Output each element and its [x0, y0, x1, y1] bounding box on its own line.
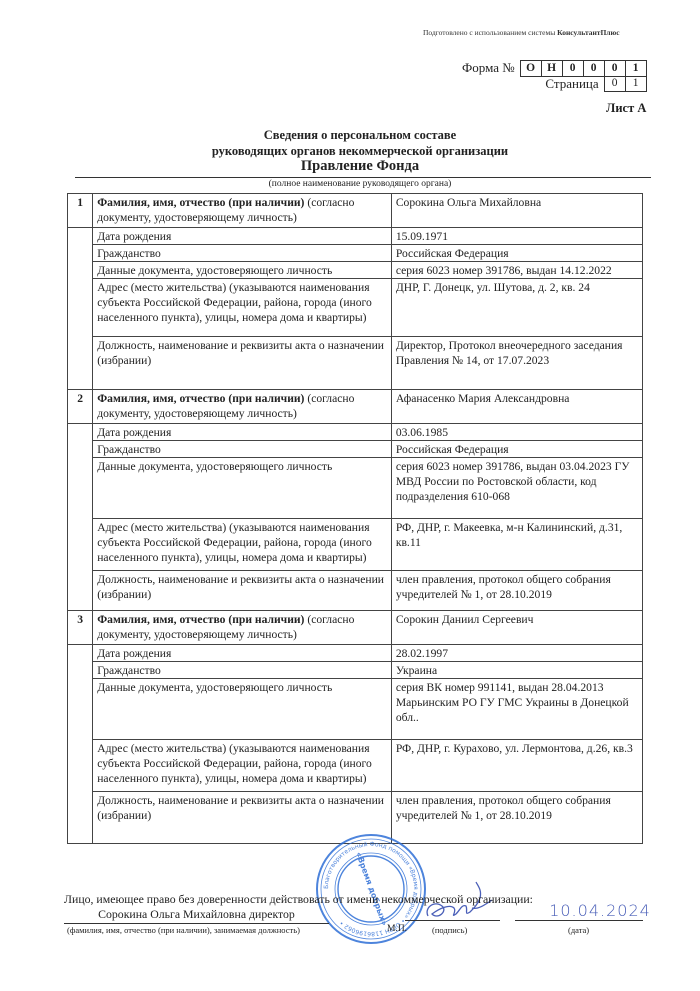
field-label-birth: Дата рождения	[93, 424, 392, 441]
person-number: 3	[68, 611, 93, 645]
page-label: Страница	[545, 76, 598, 92]
field-label-citizenship: Гражданство	[93, 441, 392, 458]
sheet-label: Лист А	[606, 101, 646, 116]
signatory-caption: (фамилия, имя, отчество (при наличии), з…	[67, 925, 300, 935]
form-number-box: Форма № О Н 0 0 0 1 Страница 0 1	[462, 60, 647, 92]
person-number-cell	[68, 458, 93, 519]
title-line-2: руководящих органов некоммерческой орган…	[0, 143, 700, 159]
person-3-row-birth: Дата рождения28.02.1997	[68, 645, 643, 662]
field-label-birth: Дата рождения	[93, 228, 392, 245]
page-digit-cell: 0	[604, 76, 626, 92]
field-label-birth: Дата рождения	[93, 645, 392, 662]
person-1-row-citizenship: ГражданствоРоссийская Федерация	[68, 245, 643, 262]
form-code-cell: 0	[604, 60, 626, 77]
governing-body-underline	[75, 177, 651, 178]
person-fio-value: Сорокина Ольга Михайловна	[391, 194, 642, 228]
field-label-position: Должность, наименование и реквизиты акта…	[93, 337, 392, 390]
person-document-value: серия 6023 номер 391786, выдан 03.04.202…	[391, 458, 642, 519]
person-fio-value: Сорокин Даниил Сергеевич	[391, 611, 642, 645]
person-citizenship-value: Российская Федерация	[391, 441, 642, 458]
person-2-row-fio: 2Фамилия, имя, отчество (при наличии) (с…	[68, 390, 643, 424]
person-3-row-fio: 3Фамилия, имя, отчество (при наличии) (с…	[68, 611, 643, 645]
person-position-value: член правления, протокол общего собрания…	[391, 792, 642, 844]
persons-table: 1Фамилия, имя, отчество (при наличии) (с…	[67, 193, 643, 844]
person-2-row-citizenship: ГражданствоРоссийская Федерация	[68, 441, 643, 458]
prepared-with-note: Подготовлено с использованием системы Ко…	[423, 28, 620, 37]
field-label-document: Данные документа, удостоверяющего личнос…	[93, 262, 392, 279]
person-number-cell	[68, 279, 93, 337]
form-code-cell: Н	[541, 60, 563, 77]
field-label-fio: Фамилия, имя, отчество (при наличии) (со…	[93, 194, 392, 228]
field-label-document: Данные документа, удостоверяющего личнос…	[93, 679, 392, 740]
organization-stamp-icon: Благотворительный Фонд помощи «Время доб…	[315, 833, 427, 945]
field-label-address: Адрес (место жительства) (указываются на…	[93, 279, 392, 337]
seal-place-label: М.П.	[387, 924, 407, 934]
person-3-row-citizenship: ГражданствоУкраина	[68, 662, 643, 679]
person-2-row-address: Адрес (место жительства) (указываются на…	[68, 519, 643, 571]
person-number-cell	[68, 662, 93, 679]
person-address-value: ДНР, Г. Донецк, ул. Шутова, д. 2, кв. 24	[391, 279, 642, 337]
svg-text:«Время добрых»: «Время добрых»	[354, 850, 390, 926]
person-1-row-fio: 1Фамилия, имя, отчество (при наличии) (с…	[68, 194, 643, 228]
person-number-cell	[68, 571, 93, 611]
prepared-system: КонсультантПлюс	[557, 28, 619, 37]
person-number-cell	[68, 424, 93, 441]
person-3-row-address: Адрес (место жительства) (указываются на…	[68, 740, 643, 792]
field-label-fio: Фамилия, имя, отчество (при наличии) (со…	[93, 611, 392, 645]
person-fio-value: Афанасенко Мария Александровна	[391, 390, 642, 424]
form-number-row: Форма № О Н 0 0 0 1	[462, 60, 647, 76]
person-1-row-birth: Дата рождения15.09.1971	[68, 228, 643, 245]
field-label-position: Должность, наименование и реквизиты акта…	[93, 571, 392, 611]
person-birth-value: 03.06.1985	[391, 424, 642, 441]
document-title: Сведения о персональном составе руководя…	[0, 127, 700, 159]
person-2-row-document: Данные документа, удостоверяющего личнос…	[68, 458, 643, 519]
person-number-cell	[68, 245, 93, 262]
person-birth-value: 28.02.1997	[391, 645, 642, 662]
date-caption: (дата)	[568, 925, 589, 935]
person-number-cell	[68, 792, 93, 844]
date-line	[515, 920, 643, 921]
person-1-row-address: Адрес (место жительства) (указываются на…	[68, 279, 643, 337]
person-number-cell	[68, 740, 93, 792]
person-number: 1	[68, 194, 93, 228]
field-label-address: Адрес (место жительства) (указываются на…	[93, 519, 392, 571]
person-citizenship-value: Украина	[391, 662, 642, 679]
field-label-citizenship: Гражданство	[93, 245, 392, 262]
person-address-value: РФ, ДНР, г. Курахово, ул. Лермонтова, д.…	[391, 740, 642, 792]
page-number-row: Страница 0 1	[462, 76, 647, 92]
person-3-row-document: Данные документа, удостоверяющего личнос…	[68, 679, 643, 740]
form-label: Форма №	[462, 60, 515, 76]
person-number-cell	[68, 262, 93, 279]
form-code-cell: 0	[583, 60, 605, 77]
person-document-value: серия 6023 номер 391786, выдан 14.12.202…	[391, 262, 642, 279]
governing-body-caption: (полное наименование руководящего органа…	[0, 179, 700, 189]
person-number-cell	[68, 337, 93, 390]
fio-label-bold: Фамилия, имя, отчество (при наличии)	[97, 196, 304, 209]
person-1-row-position: Должность, наименование и реквизиты акта…	[68, 337, 643, 390]
person-number-cell	[68, 441, 93, 458]
person-number: 2	[68, 390, 93, 424]
form-code-cell: О	[520, 60, 542, 77]
form-code-cell: 0	[562, 60, 584, 77]
field-label-address: Адрес (место жительства) (указываются на…	[93, 740, 392, 792]
person-1-row-document: Данные документа, удостоверяющего личнос…	[68, 262, 643, 279]
form-code-cell: 1	[625, 60, 647, 77]
page-digit-cell: 1	[625, 76, 647, 92]
signatory-name: Сорокина Ольга Михайловна директор	[64, 907, 329, 924]
person-number-cell	[68, 679, 93, 740]
person-citizenship-value: Российская Федерация	[391, 245, 642, 262]
person-2-row-birth: Дата рождения03.06.1985	[68, 424, 643, 441]
field-label-document: Данные документа, удостоверяющего личнос…	[93, 458, 392, 519]
title-line-1: Сведения о персональном составе	[0, 127, 700, 143]
prepared-prefix: Подготовлено с использованием системы	[423, 28, 557, 37]
person-document-value: серия ВК номер 991141, выдан 28.04.2013 …	[391, 679, 642, 740]
field-label-citizenship: Гражданство	[93, 662, 392, 679]
fio-label-bold: Фамилия, имя, отчество (при наличии)	[97, 613, 304, 626]
person-position-value: Директор, Протокол внеочередного заседан…	[391, 337, 642, 390]
person-number-cell	[68, 645, 93, 662]
signing-date: 10.04.2024	[540, 901, 660, 920]
fio-label-bold: Фамилия, имя, отчество (при наличии)	[97, 392, 304, 405]
signatory-intro: Лицо, имеющее право без доверенности дей…	[64, 892, 533, 907]
person-position-value: член правления, протокол общего собрания…	[391, 571, 642, 611]
field-label-fio: Фамилия, имя, отчество (при наличии) (со…	[93, 390, 392, 424]
signature-caption: (подпись)	[432, 925, 467, 935]
person-birth-value: 15.09.1971	[391, 228, 642, 245]
governing-body-name: Правление Фонда	[0, 158, 700, 175]
person-address-value: РФ, ДНР, г. Макеевка, м-н Калининский, д…	[391, 519, 642, 571]
person-2-row-position: Должность, наименование и реквизиты акта…	[68, 571, 643, 611]
person-number-cell	[68, 228, 93, 245]
person-number-cell	[68, 519, 93, 571]
signature-line	[405, 920, 500, 921]
